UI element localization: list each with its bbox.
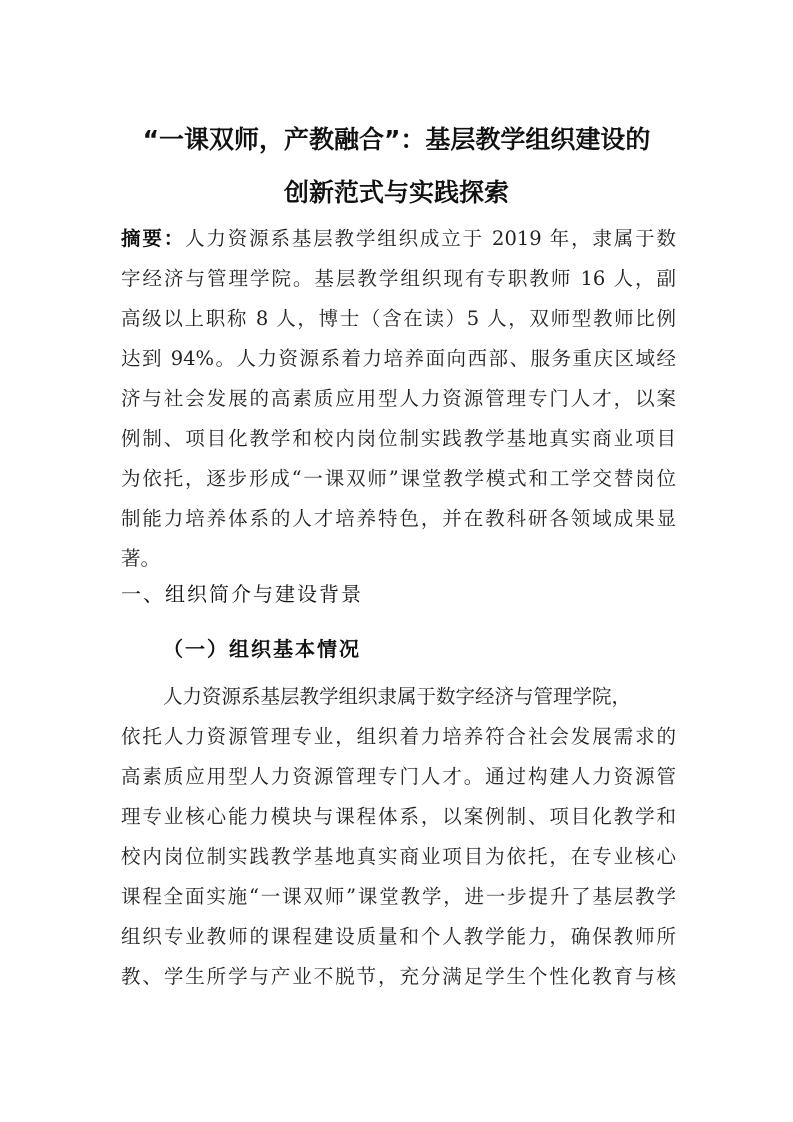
body-line: 人力资源系基层教学组织隶属于数字经济与管理学院，	[163, 684, 676, 710]
section-heading-1: 一、组织简介与建设背景	[121, 581, 363, 607]
body-line: 理专业核心能力模块与课程体系，以案例制、项目化教学和	[121, 804, 676, 830]
body-line: 组织专业教师的课程建设质量和个人教学能力，确保教师所	[121, 924, 676, 950]
abstract-line: 著。	[121, 546, 676, 572]
abstract-line: 达到 94%。人力资源系着力培养面向西部、服务重庆区域经	[121, 346, 676, 372]
abstract-label: 摘要：	[121, 227, 185, 250]
abstract-line: 为依托，逐步形成“一课双师”课堂教学模式和工学交替岗位	[121, 466, 676, 492]
body-line: 课程全面实施“一课双师”课堂教学，进一步提升了基层教学	[121, 884, 676, 910]
abstract-line: 济与社会发展的高素质应用型人力资源管理专门人才，以案	[121, 386, 676, 412]
document-title-line-2: 创新范式与实践探索	[0, 173, 793, 209]
body-line: 高素质应用型人力资源管理专门人才。通过构建人力资源管	[121, 764, 676, 790]
subsection-heading-1-1: （一）组织基本情况	[163, 636, 361, 662]
body-line: 校内岗位制实践教学基地真实商业项目为依托，在专业核心	[121, 844, 676, 870]
abstract-line: 摘要：人力资源系基层教学组织成立于 2019 年，隶属于数	[121, 226, 676, 252]
document-title-line-1: “一课双师，产教融合”：基层教学组织建设的	[0, 120, 793, 156]
abstract-line: 高级以上职称 8 人，博士（含在读）5 人，双师型教师比例	[121, 306, 676, 332]
body-line: 教、学生所学与产业不脱节，充分满足学生个性化教育与核	[121, 964, 676, 990]
document-page: “一课双师，产教融合”：基层教学组织建设的 创新范式与实践探索 摘要：人力资源系…	[0, 0, 793, 1122]
abstract-line: 制能力培养体系的人才培养特色，并在教科研各领域成果显	[121, 506, 676, 532]
body-line: 依托人力资源管理专业，组织着力培养符合社会发展需求的	[121, 724, 676, 750]
abstract-line: 例制、项目化教学和校内岗位制实践教学基地真实商业项目	[121, 426, 676, 452]
abstract-line: 字经济与管理学院。基层教学组织现有专职教师 16 人，副	[121, 266, 676, 292]
